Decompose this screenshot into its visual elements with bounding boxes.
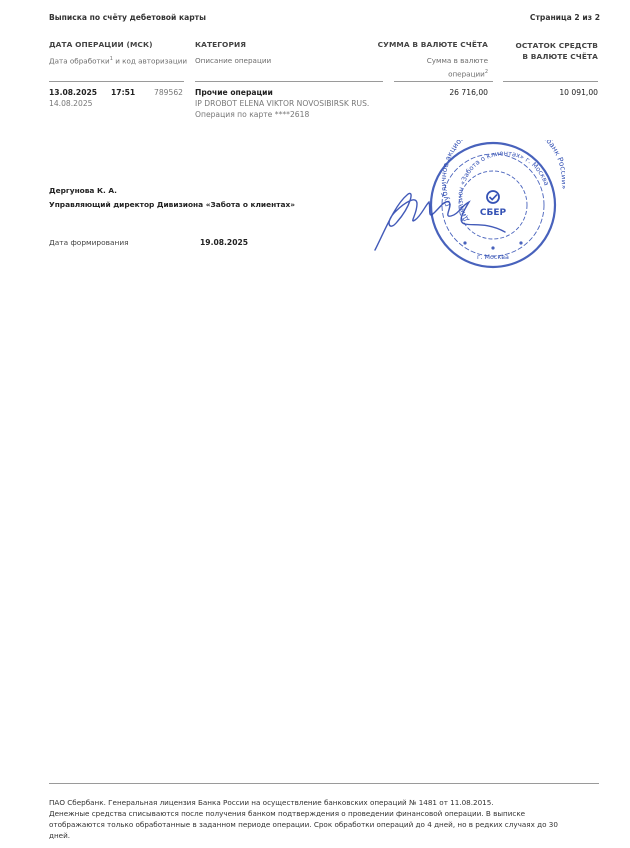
stamp-bottom-text: г. Москва (477, 253, 509, 261)
column-header-category: КАТЕГОРИЯ (195, 40, 246, 49)
column-header-date: ДАТА ОПЕРАЦИИ (МСК) (49, 40, 153, 49)
category: Прочие операции (195, 88, 273, 97)
auth-code: 789562 (154, 88, 183, 97)
footer-license: ПАО Сбербанк. Генеральная лицензия Банка… (49, 797, 569, 808)
column-header-amount: СУММА В ВАЛЮТЕ СЧЁТА (378, 40, 488, 49)
subheader-line2-text: операции (448, 69, 485, 78)
document-title: Выписка по счёту дебетовой карты (49, 13, 206, 22)
header-line1: ОСТАТОК СРЕДСТВ (516, 40, 598, 51)
signatory-name: Дергунова К. А. (49, 186, 117, 195)
bank-stamp: Публичное акционерное общество «Сбербанк… (365, 140, 565, 270)
column-subheader-amount: Сумма в валюте операции2 (427, 56, 488, 79)
footer-divider (49, 783, 599, 784)
generation-date: 19.08.2025 (200, 238, 248, 247)
generation-date-label: Дата формирования (49, 238, 129, 247)
description: IP DROBOT ELENA VIKTOR NOVOSIBIRSK RUS. (195, 99, 369, 108)
signatory-position: Управляющий директор Дивизиона «Забота о… (49, 200, 295, 209)
column-subheader-date: Дата обработки1 и код авторизации (49, 56, 187, 65)
footer-disclaimer: Денежные средства списываются после полу… (49, 808, 569, 841)
header-line2: В ВАЛЮТЕ СЧЁТА (516, 51, 598, 62)
column-header-balance: ОСТАТОК СРЕДСТВ В ВАЛЮТЕ СЧЁТА (516, 40, 598, 62)
subheader-text-tail: и код авторизации (113, 56, 187, 65)
footer-legal: ПАО Сбербанк. Генеральная лицензия Банка… (49, 797, 569, 841)
divider (394, 81, 493, 82)
subheader-line1: Сумма в валюте (427, 56, 488, 67)
divider (49, 81, 184, 82)
amount: 26 716,00 (449, 88, 488, 97)
card-note: Операция по карте ****2618 (195, 110, 309, 119)
operation-time: 17:51 (111, 88, 135, 97)
column-subheader-category: Описание операции (195, 56, 271, 65)
stamp-logo-text: СБЕР (480, 208, 507, 218)
page-indicator: Страница 2 из 2 (530, 13, 600, 22)
handwritten-signature (375, 193, 505, 250)
processing-date: 14.08.2025 (49, 99, 92, 108)
subheader-text: Дата обработки (49, 56, 110, 65)
divider (503, 81, 598, 82)
footnote-mark: 2 (485, 69, 488, 75)
sber-logo-icon (487, 191, 499, 203)
subheader-line2: операции2 (427, 67, 488, 80)
operation-date: 13.08.2025 (49, 88, 97, 97)
divider (195, 81, 383, 82)
balance: 10 091,00 (559, 88, 598, 97)
